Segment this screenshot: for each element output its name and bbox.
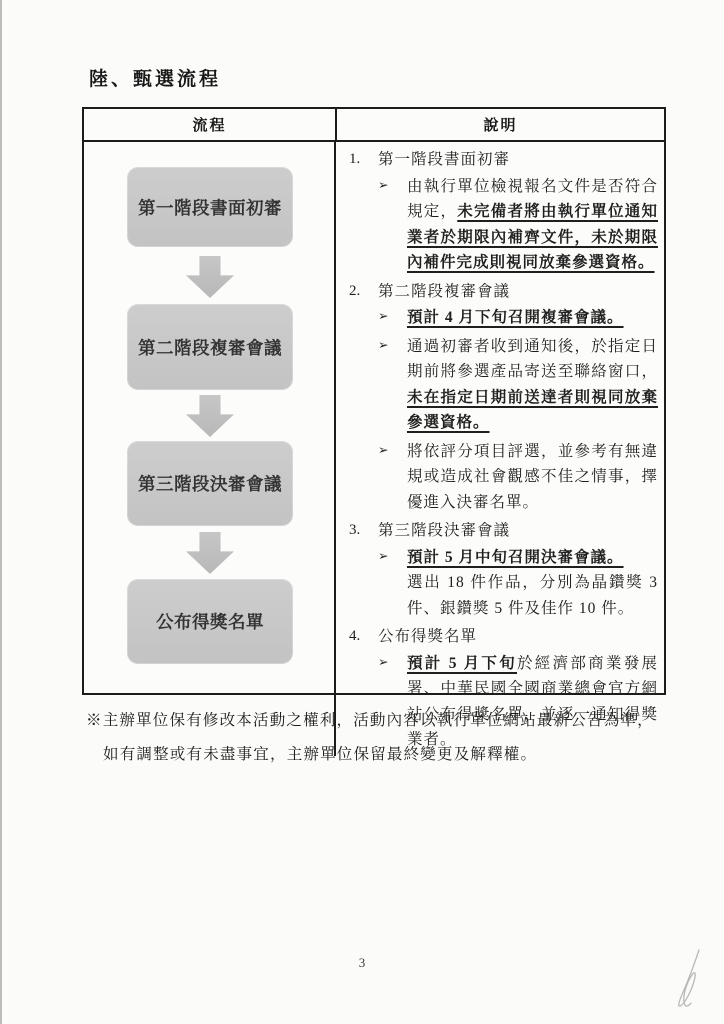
table-header-row: 流程 說明 (84, 109, 664, 142)
item-title: 公布得獎名單 (378, 624, 477, 650)
bullet-text: 將依評分項目評選，並參考有無違規或造成社會觀感不佳之情事，擇優進入決審名單。 (407, 439, 658, 516)
page-number: 3 (0, 955, 724, 971)
item-number: 4. (349, 624, 378, 650)
page-title: 陸、甄選流程 (89, 64, 221, 91)
description-item-1: 1. 第一階段書面初審 ➢ 由執行單位檢視報名文件是否符合規定，未完備者將由執行… (349, 147, 658, 276)
footnote-line-2: 如有調整或有未盡事宜，主辦單位保留最終變更及解釋權。 (103, 746, 537, 763)
flow-step-initial-review: 第一階段書面初審 (127, 167, 293, 247)
item-title: 第三階段決審會議 (378, 518, 510, 544)
table-body-row: 第一階段書面初審 第二階段複審會議 第三階段決審會議 公布得獎名單 1. 第一階… (84, 142, 664, 756)
bullet-item: ➢ 通過初審者收到通知後，於指定日期前將參選產品寄送至聯絡窗口，未在指定日期前送… (378, 334, 658, 436)
description-item-3: 3. 第三階段決審會議 ➢ 預計 5 月中旬召開決審會議。選出 18 件作品，分… (349, 518, 658, 621)
bullet-item: ➢ 預計 4 月下旬召開複審會議。 (378, 305, 658, 331)
process-table: 流程 說明 第一階段書面初審 第二階段複審會議 第三階段決審會議 公布得獎名單 … (82, 107, 666, 695)
description-cell: 1. 第一階段書面初審 ➢ 由執行單位檢視報名文件是否符合規定，未完備者將由執行… (336, 142, 664, 756)
footnote: ※主辦單位保有修改本活動之權利，活動內容以執行單位網站最新公告為準， 如有調整或… (86, 704, 670, 772)
item-title: 第一階段書面初審 (378, 147, 510, 173)
flowchart-cell: 第一階段書面初審 第二階段複審會議 第三階段決審會議 公布得獎名單 (84, 142, 336, 756)
down-arrow-icon (186, 395, 234, 437)
arrowhead-bullet-icon: ➢ (378, 305, 407, 331)
bullet-item: ➢ 預計 5 月中旬召開決審會議。選出 18 件作品，分別為晶鑽獎 3 件、銀鑽… (378, 545, 658, 622)
table-header-process: 流程 (84, 109, 337, 140)
scan-edge-line (0, 0, 2, 1024)
table-header-description: 說明 (337, 109, 664, 140)
arrowhead-bullet-icon: ➢ (378, 439, 407, 516)
bullet-text: 由執行單位檢視報名文件是否符合規定，未完備者將由執行單位通知業者於期限內補齊文件… (407, 174, 658, 276)
item-number: 3. (349, 518, 378, 544)
bullet-text: 預計 4 月下旬召開複審會議。 (407, 305, 658, 331)
description-item-2: 2. 第二階段複審會議 ➢ 預計 4 月下旬召開複審會議。 ➢ 通過初審者收到通… (349, 279, 658, 516)
bullet-text: 通過初審者收到通知後，於指定日期前將參選產品寄送至聯絡窗口，未在指定日期前送達者… (407, 334, 658, 436)
item-number: 1. (349, 147, 378, 173)
bullet-text: 預計 5 月中旬召開決審會議。選出 18 件作品，分別為晶鑽獎 3 件、銀鑽獎 … (407, 545, 658, 622)
flow-step-announce-winners: 公布得獎名單 (127, 579, 293, 664)
bullet-item: ➢ 由執行單位檢視報名文件是否符合規定，未完備者將由執行單位通知業者於期限內補齊… (378, 174, 658, 276)
footnote-line-1: ※主辦單位保有修改本活動之權利，活動內容以執行單位網站最新公告為準， (86, 712, 654, 729)
down-arrow-icon (186, 256, 234, 298)
item-number: 2. (349, 279, 378, 305)
flow-step-final-review: 第三階段決審會議 (127, 441, 293, 526)
arrowhead-bullet-icon: ➢ (378, 545, 407, 622)
bullet-item: ➢ 將依評分項目評選，並參考有無違規或造成社會觀感不佳之情事，擇優進入決審名單。 (378, 439, 658, 516)
arrowhead-bullet-icon: ➢ (378, 334, 407, 436)
down-arrow-icon (186, 532, 234, 574)
arrowhead-bullet-icon: ➢ (378, 174, 407, 276)
handwritten-mark (668, 944, 710, 1016)
item-title: 第二階段複審會議 (378, 279, 510, 305)
flow-step-second-review: 第二階段複審會議 (127, 304, 293, 390)
